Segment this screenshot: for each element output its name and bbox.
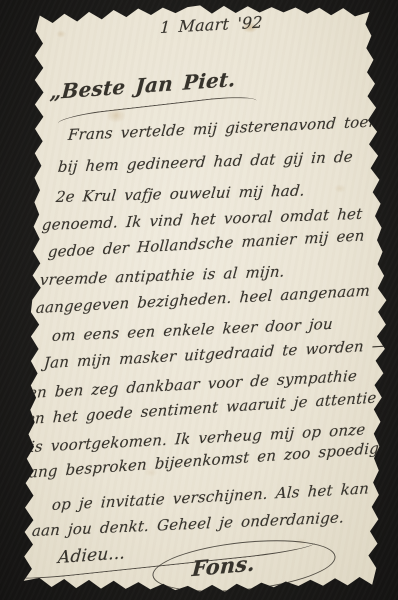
letter-date: 1 Maart '92 bbox=[160, 13, 264, 37]
foxing-spot bbox=[106, 108, 126, 123]
foxing-spot bbox=[334, 184, 346, 193]
handwritten-line: vreemde antipathie is al mijn. bbox=[39, 262, 285, 289]
letter-closing: Adieu... bbox=[57, 543, 126, 568]
handwritten-line: bij hem gedineerd had dat gij in de bbox=[57, 148, 353, 176]
letter-salutation: „Beste Jan Piet. bbox=[49, 67, 236, 104]
foxing-spot bbox=[56, 30, 66, 38]
foxing-spot bbox=[296, 538, 306, 546]
handwritten-line: 2e Krul vafje ouwelui mij had. bbox=[55, 181, 306, 206]
photo-backdrop: 1 Maart '92 „Beste Jan Piet. Frans verte… bbox=[0, 0, 398, 600]
handwritten-line: Frans vertelde mij gisterenavond toen ik bbox=[67, 111, 398, 144]
letter-signature: Fons. bbox=[191, 550, 256, 581]
handwritten-line: aan jou denkt. Geheel je onderdanige. bbox=[31, 508, 344, 540]
signature-flourish-stroke bbox=[1, 535, 316, 583]
letter-paper: 1 Maart '92 „Beste Jan Piet. Frans verte… bbox=[0, 0, 398, 600]
